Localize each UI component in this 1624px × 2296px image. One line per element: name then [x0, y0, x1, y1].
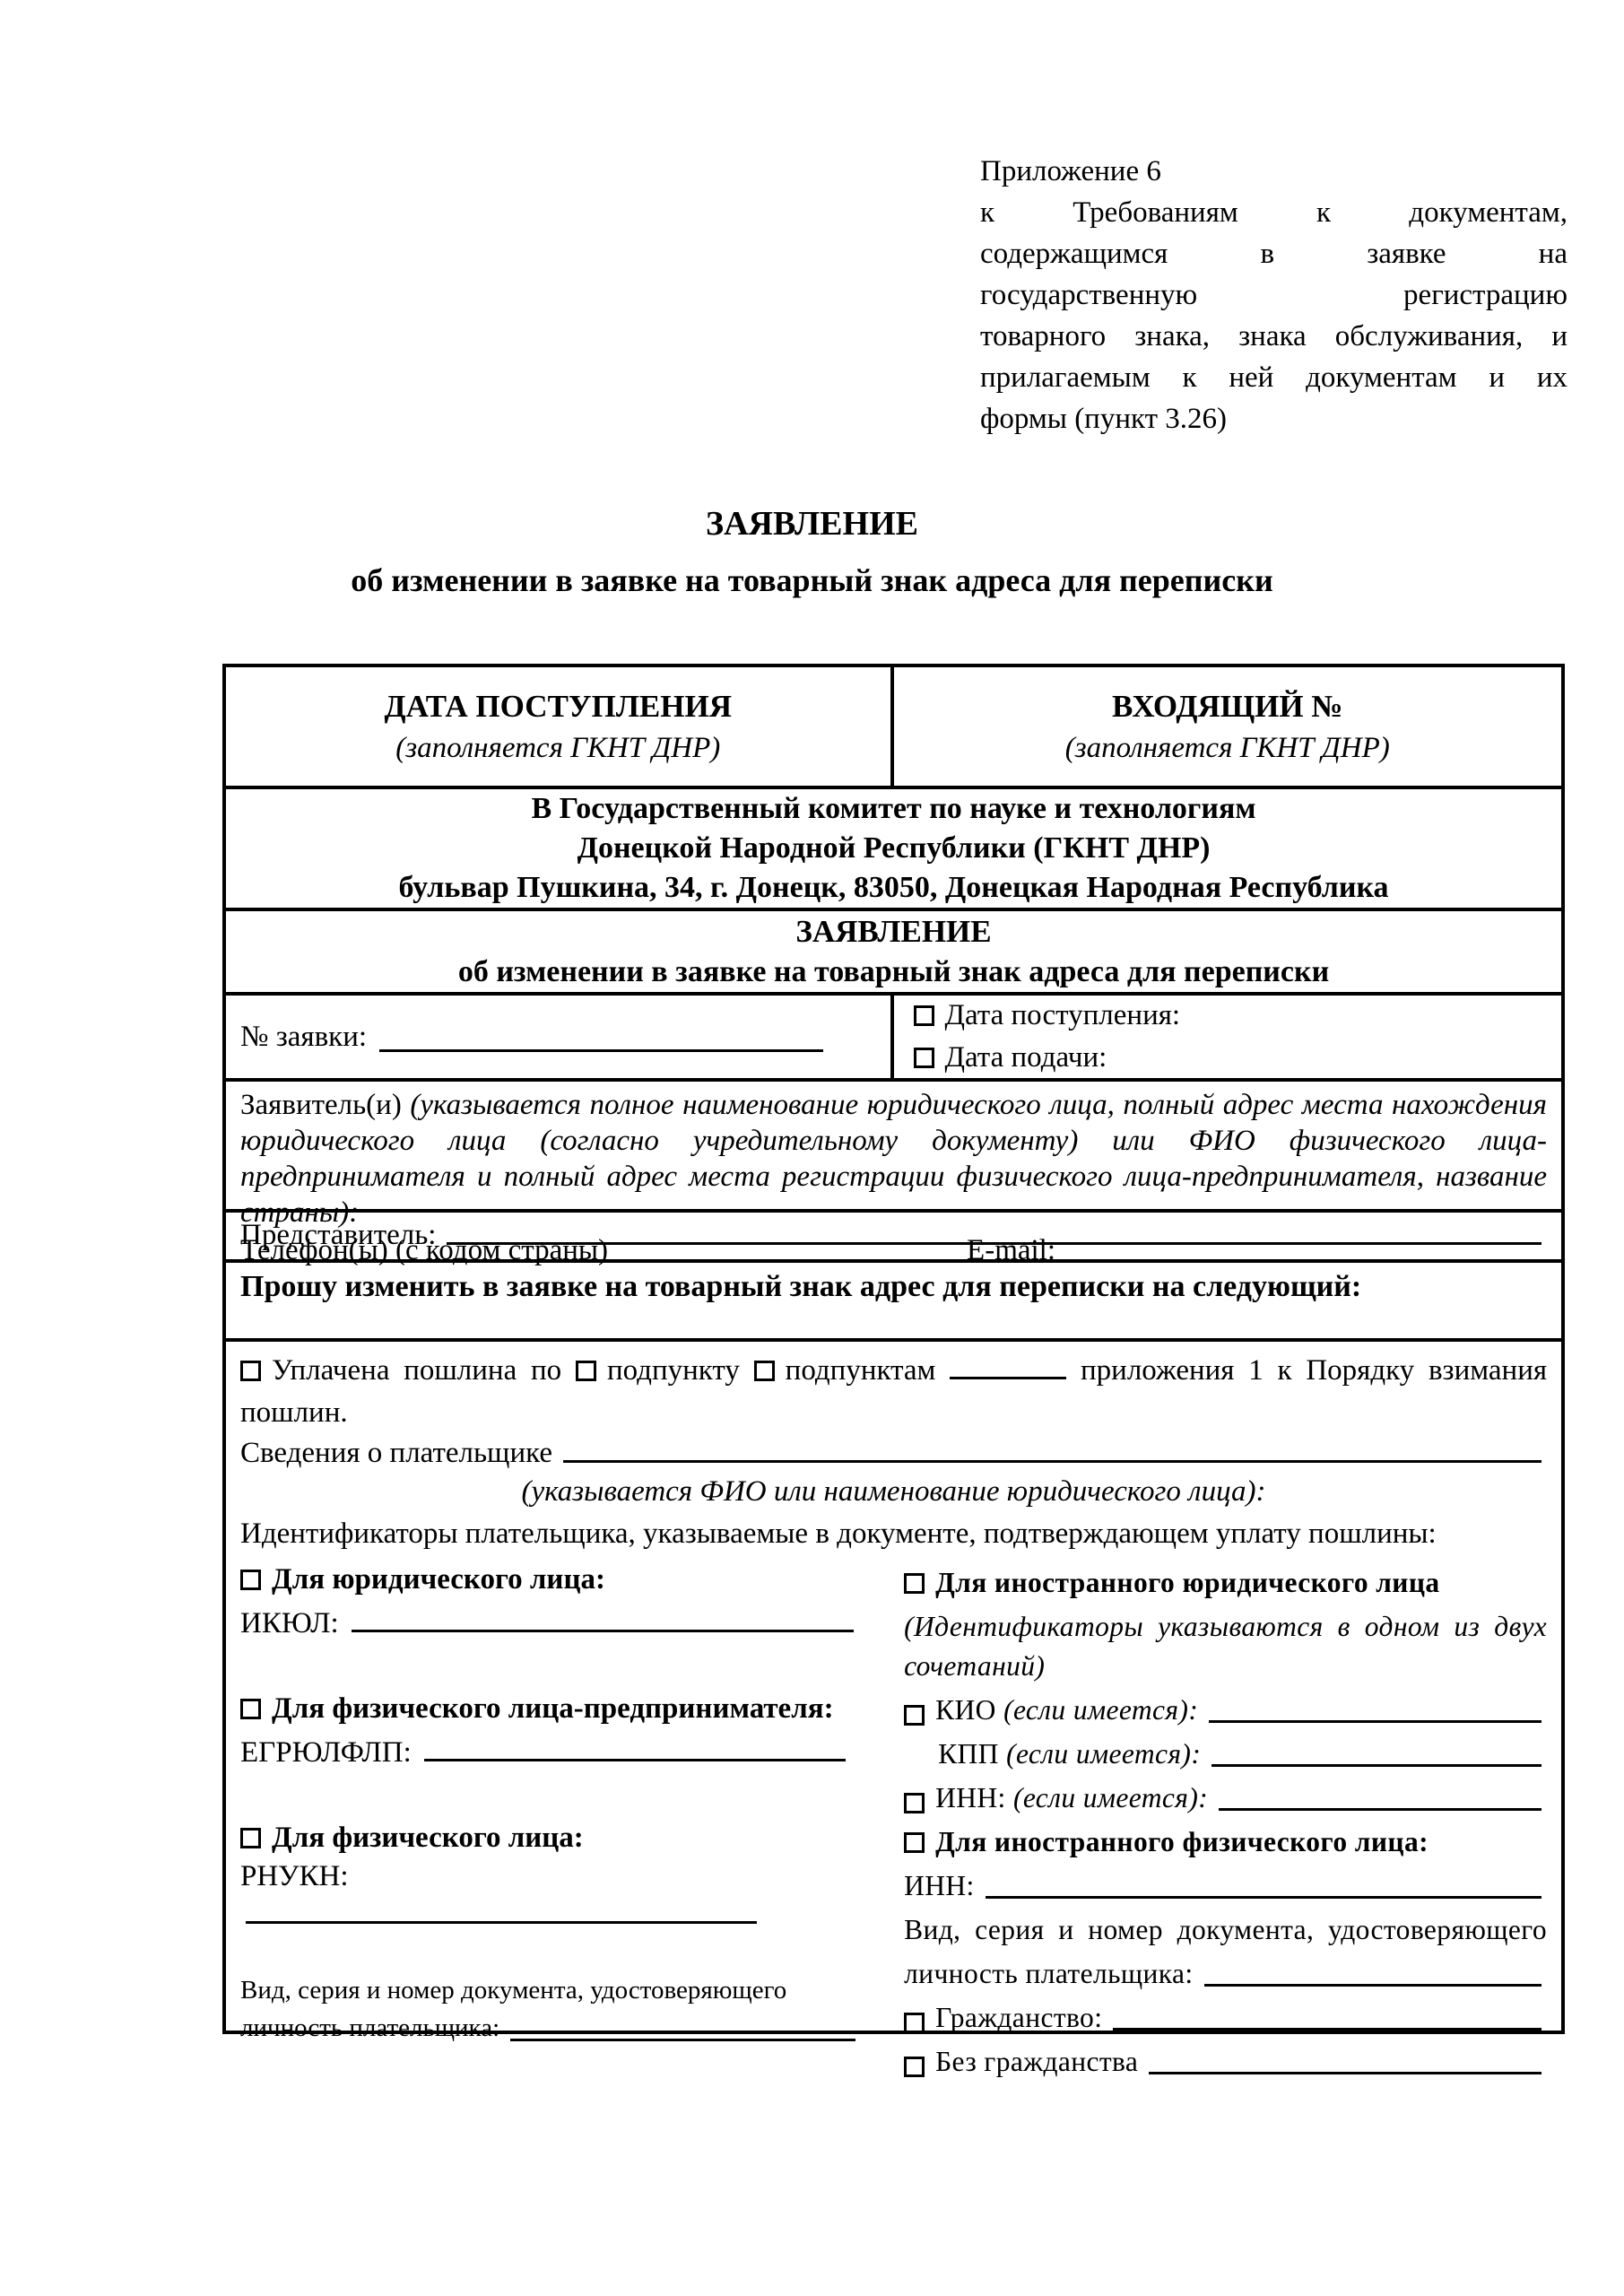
committee-line: бульвар Пушкина, 34, г. Донецк, 83050, Д… — [226, 868, 1561, 908]
inn-note: (если имеется): — [1013, 1779, 1208, 1818]
date-received-note: (заполняется ГКНТ ДНР) — [395, 732, 720, 765]
application-number-cell: № заявки: — [226, 996, 894, 1078]
annex-line: к Требованиям к документам, — [980, 192, 1568, 233]
inn-label: ИНН: — [935, 1779, 1006, 1818]
annex-line: прилагаемым к ней документам и их — [980, 357, 1568, 398]
egryulflp-field[interactable] — [424, 1731, 846, 1761]
representative-label: Представитель: — [240, 1219, 436, 1252]
applicant-row: Заявитель(и) (указывается полное наимено… — [226, 1082, 1561, 1213]
application-row: № заявки: Дата поступления: Дата подачи: — [226, 996, 1561, 1082]
foreign-identity-label: личность плательщика: — [904, 1954, 1193, 1994]
citizenship-field[interactable] — [1113, 2027, 1541, 2031]
form-subtitle: об изменении в заявке на товарный знак а… — [226, 955, 1561, 989]
identity-document-label: личность плательщика: — [240, 2009, 499, 2047]
committee-address: В Государственный комитет по науке и тех… — [226, 789, 1561, 911]
fee-paid-line: Уплачена пошлина по подпункту подпунктам… — [240, 1352, 1547, 1387]
foreign-identity-line2: личность плательщика: — [904, 1954, 1547, 1994]
entrepreneur-option: Для физического лица-предпринимателя: — [240, 1692, 861, 1726]
fee-annex-label: приложения 1 к Порядку взимания — [1081, 1354, 1547, 1387]
date-received-label: Дата поступления: — [945, 999, 1181, 1031]
committee-line: Донецкой Народной Республики (ГКНТ ДНР) — [226, 829, 1561, 868]
page-title: ЗАЯВЛЕНИЕ — [0, 504, 1624, 544]
foreign-individual-option: Для иностранного физического лица: — [904, 1822, 1547, 1862]
foreign-inn-field[interactable] — [986, 1895, 1541, 1899]
foreign-legal-note: (Идентификаторы указываются в одном из д… — [904, 1607, 1547, 1686]
foreign-individual-title: Для иностранного физического лица: — [935, 1826, 1429, 1857]
annex-reference: Приложение 6 к Требованиям к документам,… — [980, 151, 1568, 439]
application-dates-cell: Дата поступления: Дата подачи: — [894, 996, 1562, 1078]
stateless-checkbox[interactable] — [904, 2057, 925, 2077]
egryulflp-label: ЕГРЮЛФЛП: — [240, 1736, 412, 1769]
identity-document-field[interactable] — [510, 2038, 855, 2041]
date-filed-checkbox[interactable] — [914, 1048, 934, 1068]
fee-section: Уплачена пошлина по подпункту подпунктам… — [226, 1342, 1561, 2086]
citizenship-checkbox[interactable] — [904, 2013, 925, 2033]
form-title: ЗАЯВЛЕНИЕ — [226, 914, 1561, 950]
fee-paid-checkbox[interactable] — [240, 1361, 261, 1381]
incoming-number-cell: ВХОДЯЩИЙ № (заполняется ГКНТ ДНР) — [894, 667, 1562, 786]
form-title-row: ЗАЯВЛЕНИЕ об изменении в заявке на товар… — [226, 911, 1561, 996]
stateless-field[interactable] — [1149, 2071, 1541, 2074]
annex-line: товарного знака, знака обслуживания, и — [980, 316, 1568, 357]
applicant-label: Заявитель(и) — [240, 1089, 402, 1121]
fee-paid-line-2: пошлин. — [240, 1396, 1547, 1430]
ikyul-field[interactable] — [352, 1602, 854, 1632]
date-received-checkbox[interactable] — [914, 1005, 934, 1026]
annex-line: формы (пункт 3.26) — [980, 398, 1568, 439]
rnukn-label: РНУКН: — [240, 1860, 349, 1892]
incoming-number-title: ВХОДЯЩИЙ № — [1112, 689, 1343, 725]
kio-line: КИО (если имеется): — [904, 1691, 1547, 1730]
date-received-option: Дата поступления: — [914, 999, 1562, 1032]
subitems-checkbox[interactable] — [754, 1361, 775, 1381]
form-table: ДАТА ПОСТУПЛЕНИЯ (заполняется ГКНТ ДНР) … — [222, 664, 1565, 2034]
legal-entity-checkbox[interactable] — [240, 1570, 261, 1590]
foreign-column: Для иностранного юридического лица (Иден… — [904, 1563, 1547, 2086]
subitems-label: подпунктам — [786, 1354, 936, 1387]
foreign-legal-checkbox[interactable] — [904, 1573, 925, 1594]
individual-option: Для физического лица: — [240, 1822, 861, 1855]
subitems-field[interactable] — [950, 1352, 1066, 1379]
ikyul-line: ИКЮЛ: — [240, 1602, 861, 1640]
foreign-inn-line: ИНН: — [904, 1866, 1547, 1906]
kio-field[interactable] — [1209, 1719, 1541, 1723]
domestic-column: Для юридического лица: ИКЮЛ: Для физичес… — [240, 1563, 861, 2086]
annex-line: Приложение 6 — [980, 151, 1568, 192]
page-subtitle: об изменении в заявке на товарный знак а… — [0, 561, 1624, 599]
citizenship-line: Гражданство: — [904, 1998, 1547, 2038]
rnukn-line: РНУКН: — [240, 1860, 861, 1932]
legal-entity-title: Для юридического лица: — [272, 1563, 605, 1596]
stateless-label: Без гражданства — [935, 2042, 1138, 2082]
ikyul-label: ИКЮЛ: — [240, 1607, 339, 1639]
kpp-note: (если имеется): — [1006, 1735, 1201, 1774]
stateless-line: Без гражданства — [904, 2042, 1547, 2082]
annex-line: государственную регистрацию — [980, 274, 1568, 316]
citizenship-label: Гражданство: — [935, 1998, 1102, 2038]
identity-document-block: Вид, серия и номер документа, удостоверя… — [240, 1971, 861, 2047]
identity-document-line2: личность плательщика: — [240, 2009, 861, 2047]
inn-field[interactable] — [1219, 1807, 1541, 1811]
document-page: Приложение 6 к Требованиям к документам,… — [0, 0, 1624, 2296]
application-number-field[interactable] — [379, 1022, 823, 1052]
kio-checkbox[interactable] — [904, 1705, 925, 1726]
foreign-identity-field[interactable] — [1204, 1983, 1541, 1987]
identifiers-heading: Идентификаторы плательщика, указываемые … — [240, 1518, 1547, 1551]
header-row: ДАТА ПОСТУПЛЕНИЯ (заполняется ГКНТ ДНР) … — [226, 667, 1561, 789]
foreign-legal-title: Для иностранного юридического лица — [935, 1567, 1440, 1598]
payer-info-line: Сведения о плательщике — [240, 1437, 1547, 1470]
fee-paid-label: Уплачена пошлина по — [272, 1354, 561, 1387]
legal-entity-option: Для юридического лица: — [240, 1563, 861, 1596]
rnukn-field[interactable] — [246, 1893, 757, 1924]
applicant-instructions: (указывается полное наименование юридиче… — [240, 1089, 1547, 1229]
foreign-individual-checkbox[interactable] — [904, 1832, 925, 1853]
entrepreneur-checkbox[interactable] — [240, 1699, 261, 1719]
entrepreneur-title: Для физического лица-предпринимателя: — [272, 1692, 834, 1725]
applicant-note: Заявитель(и) (указывается полное наимено… — [240, 1087, 1547, 1231]
kpp-label: КПП — [938, 1735, 999, 1774]
kio-note: (если имеется): — [1003, 1691, 1198, 1730]
application-number-label: № заявки: — [240, 1021, 367, 1054]
request-row: Прошу изменить в заявке на товарный знак… — [226, 1263, 1561, 1342]
annex-line: содержащимся в заявке на — [980, 233, 1568, 274]
representative-row: Представитель: — [226, 1213, 1561, 1263]
foreign-inn-label: ИНН: — [904, 1866, 975, 1906]
representative-field[interactable] — [447, 1241, 1541, 1245]
date-filed-option: Дата подачи: — [914, 1041, 1562, 1074]
date-received-title: ДАТА ПОСТУПЛЕНИЯ — [385, 689, 732, 725]
identity-document-line1: Вид, серия и номер документа, удостоверя… — [240, 1971, 861, 2009]
kio-label: КИО — [935, 1691, 996, 1730]
foreign-identity-line1: Вид, серия и номер документа, удостоверя… — [904, 1910, 1547, 1950]
foreign-legal-option: Для иностранного юридического лица — [904, 1563, 1547, 1603]
kpp-field[interactable] — [1211, 1763, 1541, 1767]
date-received-cell: ДАТА ПОСТУПЛЕНИЯ (заполняется ГКНТ ДНР) — [226, 667, 894, 786]
subitem-checkbox[interactable] — [576, 1361, 596, 1381]
inn-line: ИНН: (если имеется): — [904, 1779, 1547, 1818]
kpp-line: КПП (если имеется): — [938, 1735, 1547, 1774]
identifier-columns: Для юридического лица: ИКЮЛ: Для физичес… — [240, 1563, 1547, 2086]
egryulflp-line: ЕГРЮЛФЛП: — [240, 1731, 861, 1770]
payer-info-label: Сведения о плательщике — [240, 1437, 552, 1470]
inn-checkbox[interactable] — [904, 1793, 925, 1813]
date-filed-label: Дата подачи: — [945, 1041, 1107, 1074]
request-text: Прошу изменить в заявке на товарный знак… — [240, 1270, 1361, 1303]
incoming-number-note: (заполняется ГКНТ ДНР) — [1065, 732, 1390, 765]
committee-line: В Государственный комитет по науке и тех… — [226, 789, 1561, 829]
individual-title: Для физического лица: — [272, 1822, 584, 1854]
payer-info-note: (указывается ФИО или наименование юридич… — [240, 1475, 1547, 1509]
individual-checkbox[interactable] — [240, 1828, 261, 1848]
payer-info-field[interactable] — [563, 1459, 1541, 1463]
subitem-label: подпункту — [607, 1354, 740, 1387]
